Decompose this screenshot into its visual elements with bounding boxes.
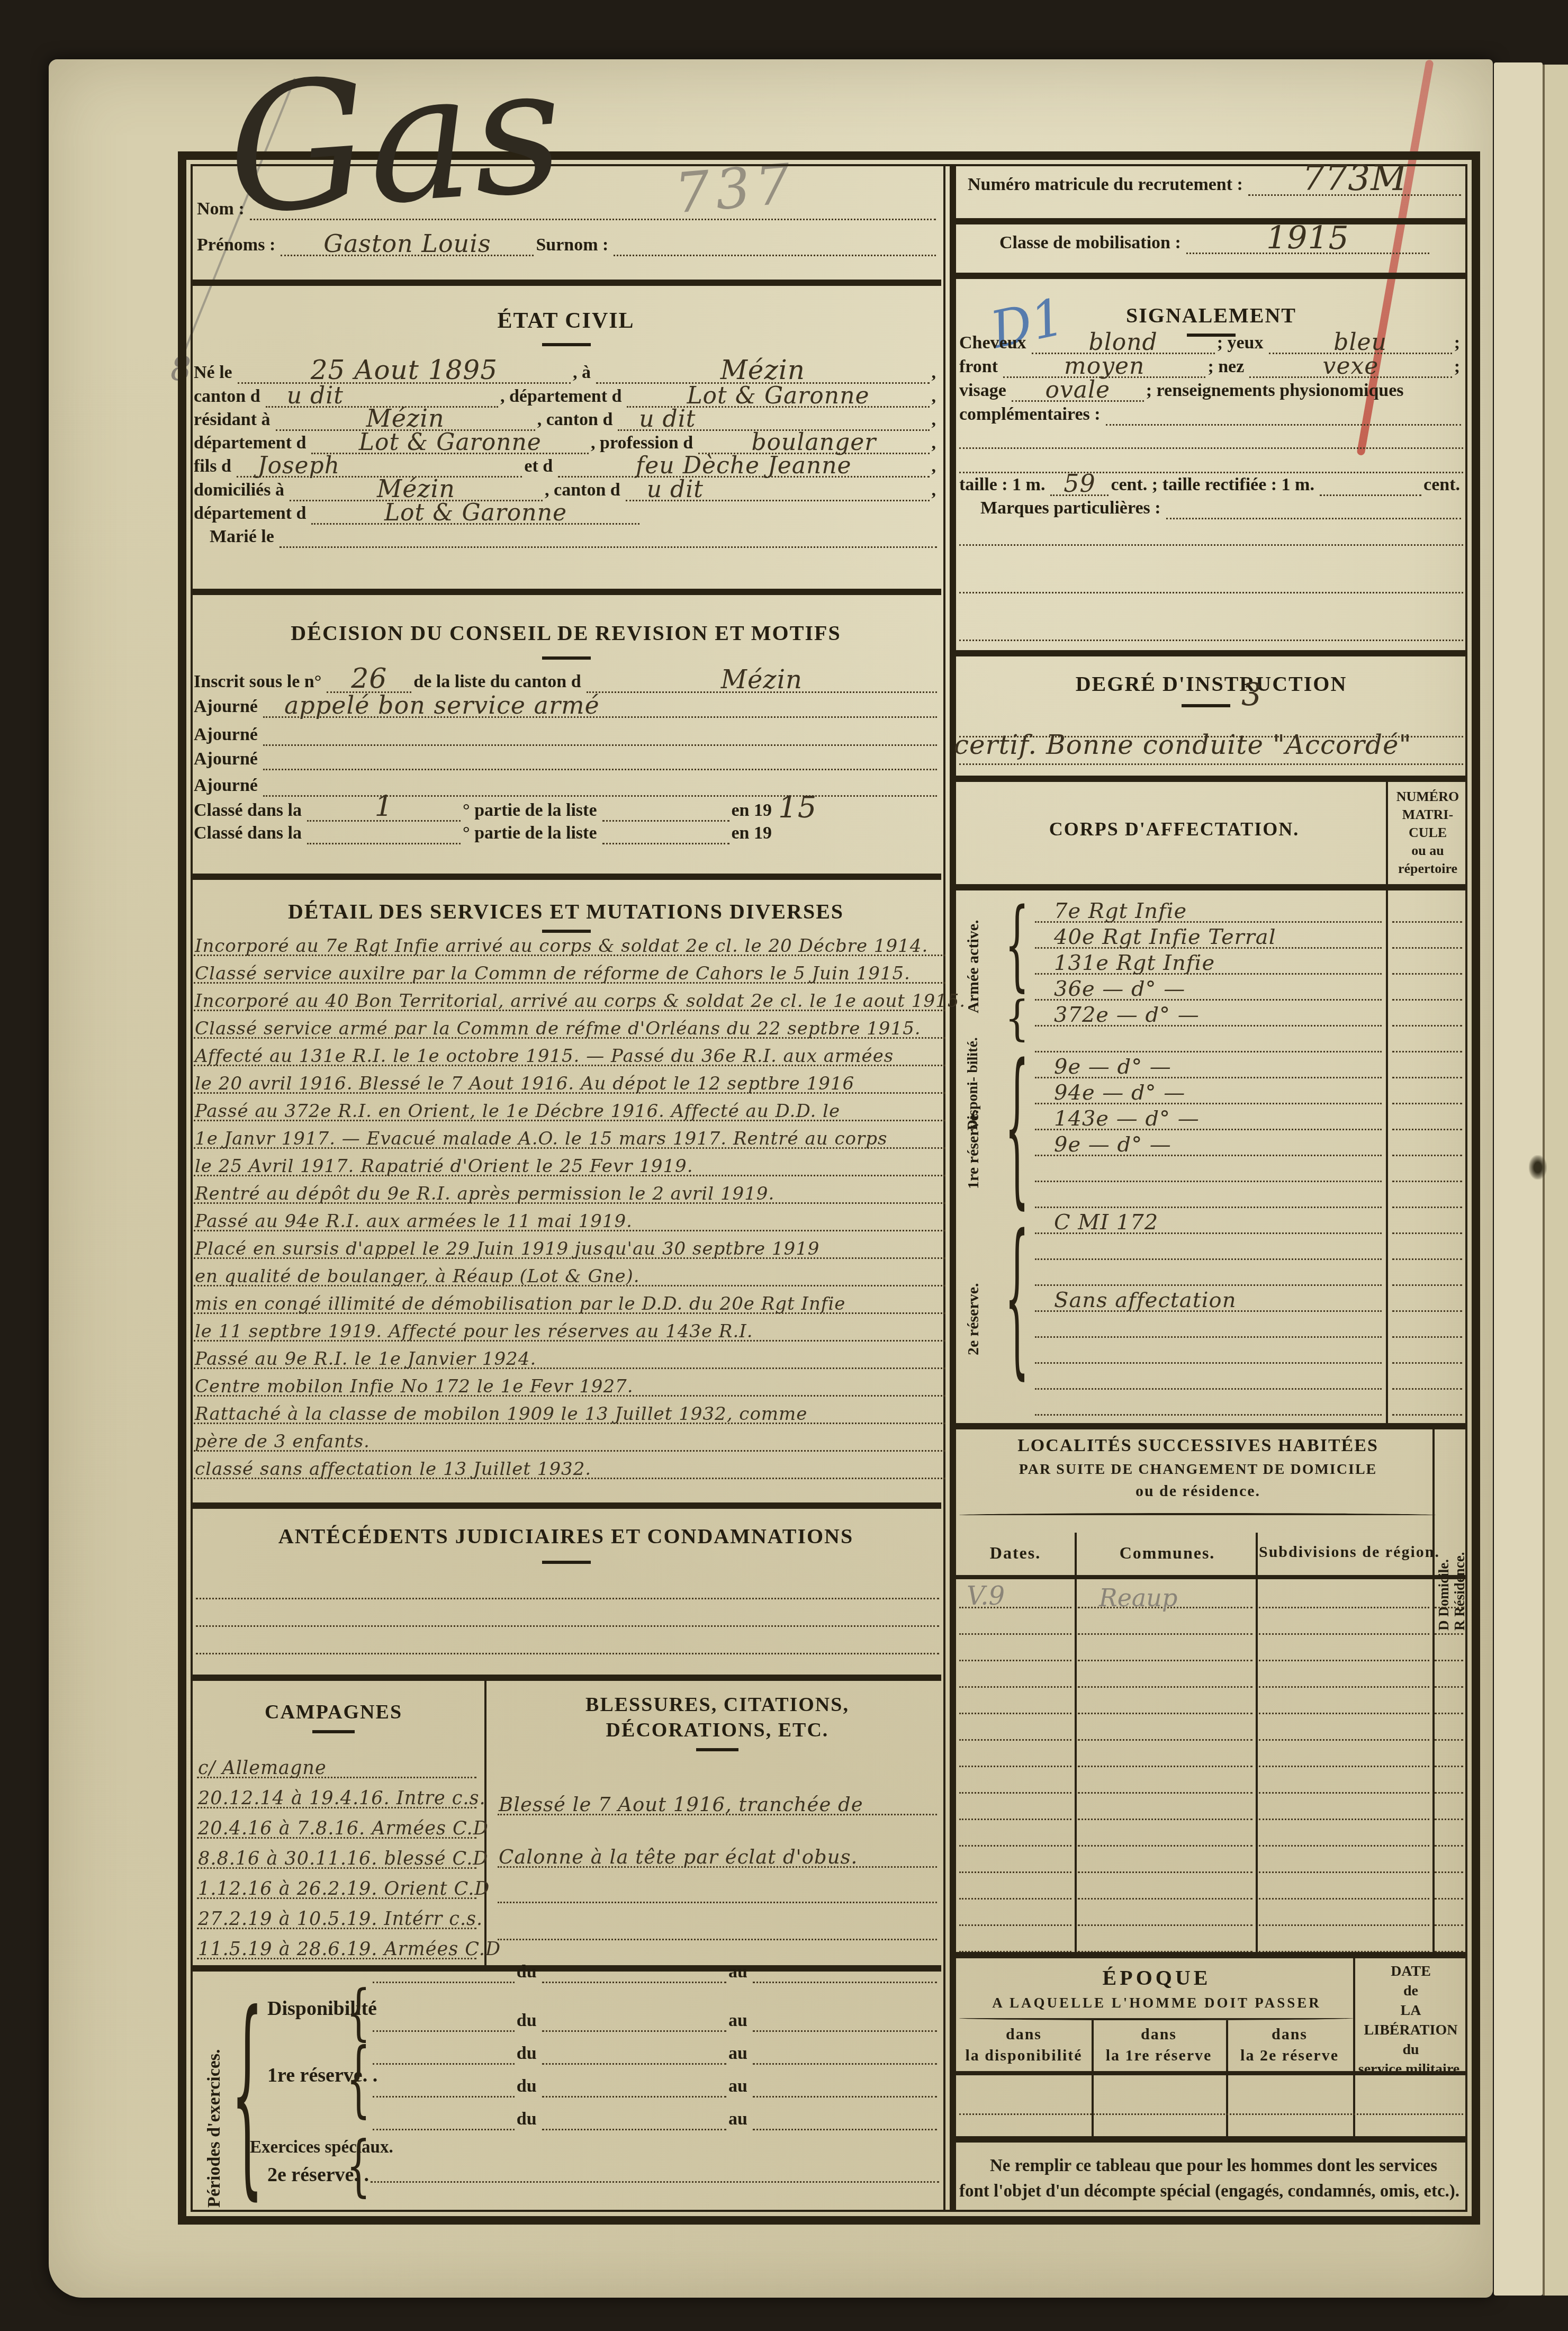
du-label: du xyxy=(517,2044,540,2065)
classe-line: 1915 xyxy=(1186,229,1429,254)
periode-row-2: du au xyxy=(371,2009,939,2032)
signalement-title: SIGNALEMENT xyxy=(1105,303,1317,328)
dept-value: Lot & Garonne xyxy=(687,382,869,409)
ajourne-value: appelé bon service armé xyxy=(284,691,600,719)
taille-suite-label: cent. ; taille rectifiée : 1 m. xyxy=(1111,475,1318,496)
service-line-text: 1e Janvr 1917. — Evacué malade A.O. le 1… xyxy=(195,1128,887,1149)
nom-line xyxy=(250,195,936,220)
cheveux-line: blond xyxy=(1032,329,1215,354)
dept-line: Lot & Garonne xyxy=(627,383,929,408)
service-line: 1e Janvr 1917. — Evacué malade A.O. le 1… xyxy=(194,1121,945,1149)
epoque-subtitle: A LAQUELLE L'HOMME DOIT PASSER xyxy=(971,1995,1342,2011)
periodes-vertical-label: Périodes d'exercices. xyxy=(204,1996,224,2208)
corps-num-line xyxy=(1392,1260,1462,1286)
complementaires-row: complémentaires : xyxy=(959,402,1463,426)
marques-label: Marques particulières : xyxy=(959,498,1164,519)
au-label: au xyxy=(728,2044,751,2065)
canton3-line: u dit xyxy=(626,476,930,501)
epoque-date-header-line: du xyxy=(1355,2040,1466,2059)
localites-dates-value: V.9 xyxy=(967,1581,1005,1611)
localites-cell-subdivisions xyxy=(1259,1820,1429,1847)
line xyxy=(753,2040,937,2065)
corps-num-header-line: MATRI- xyxy=(1390,806,1465,824)
corps-num-line xyxy=(1392,1208,1462,1234)
complementaires-label: complémentaires : xyxy=(959,404,1104,426)
localites-cell-communes xyxy=(1078,1661,1252,1688)
corps-numcol-divider xyxy=(1386,782,1388,1423)
au-label: au xyxy=(728,1962,751,1983)
service-line-text: Passé au 94e R.I. aux armées le 11 mai 1… xyxy=(195,1211,633,1232)
services-title: DÉTAIL DES SERVICES ET MUTATIONS DIVERSE… xyxy=(248,899,884,924)
corps-entry-row xyxy=(1035,1156,1382,1182)
canton3-value: u dit xyxy=(647,476,704,503)
decision-classe-row-2: Classé dans la ° partie de la liste en 1… xyxy=(194,821,939,844)
corps-entry-text: 7e Rgt Infie xyxy=(1054,899,1187,923)
corps-num-lines xyxy=(1392,897,1462,1416)
inscrit-label: Inscrit sous le n° xyxy=(194,672,325,693)
line xyxy=(542,2073,726,2098)
localites-cell-subdivisions xyxy=(1259,1582,1429,1608)
prenoms-row: Prénoms : Gaston Louis Surnom : xyxy=(197,233,938,256)
yeux-label: ; yeux xyxy=(1217,333,1267,354)
localites-row xyxy=(956,1847,1466,1873)
front-value: moyen xyxy=(1064,353,1145,380)
corps-num-line xyxy=(1392,949,1462,975)
campagnes-lines: c/ Allemagne 20.12.14 à 19.4.16. Intre c… xyxy=(197,1748,476,1959)
line xyxy=(542,2007,726,2032)
corps-entry-row: 372e — d° — xyxy=(1035,1001,1382,1027)
localites-row xyxy=(956,1635,1466,1661)
etat-civil-line-4: département d Lot & Garonne , profession… xyxy=(194,431,939,454)
localites-title-2: PAR SUITE DE CHANGEMENT DE DOMICILE xyxy=(986,1461,1410,1478)
visage-row: visage ovale ; renseignements physionomi… xyxy=(959,379,1463,402)
blessures-title-2: DÉCORATIONS, ETC. xyxy=(521,1718,913,1742)
dept3-line: Lot & Garonne xyxy=(311,500,639,525)
service-line: Passé au 372e R.I. en Orient, le 1e Décb… xyxy=(194,1094,945,1121)
epoque-body-line xyxy=(959,2113,1463,2115)
ink-smudge xyxy=(1529,1155,1547,1180)
corps-num-header: NUMÉRO MATRI- CULE ou au répertoire xyxy=(1390,788,1465,878)
localites-cell-subdivisions xyxy=(1259,1635,1429,1661)
campagnes-rule xyxy=(312,1730,355,1733)
localites-cell-dates xyxy=(959,1688,1071,1714)
corps-header: CORPS D'AFFECTATION. xyxy=(1015,818,1333,840)
corps-entry-row xyxy=(1035,1364,1382,1390)
corps-entry-text: 9e — d° — xyxy=(1054,1132,1172,1157)
semicolon: ; xyxy=(1454,357,1463,378)
campagne-line: 8.8.16 à 30.11.16. blessé C.D xyxy=(197,1839,476,1869)
service-line-text: père de 3 enfants. xyxy=(195,1431,370,1452)
campagnes-title: CAMPAGNES xyxy=(222,1700,445,1724)
classe-num-line-2 xyxy=(307,820,461,844)
localites-wavy-rule xyxy=(959,1513,1436,1515)
service-line-text: classé sans affectation le 13 Juillet 19… xyxy=(195,1459,591,1480)
nez-value: vexe xyxy=(1323,353,1379,380)
exercices-label: Exercices spéciaux. xyxy=(250,2138,396,2158)
corps-entries: 7e Rgt Infie 40e Rgt Infie Terral 131e R… xyxy=(1035,897,1382,1416)
localites-cell-dates xyxy=(959,1820,1071,1847)
corps-entry-text: 36e — d° — xyxy=(1054,977,1185,1001)
line xyxy=(753,1958,937,1983)
column-divider-thick xyxy=(950,166,956,2210)
en19-label: en 19 xyxy=(732,823,776,844)
service-line: Affecté au 131e R.I. le 1e octobre 1915.… xyxy=(194,1039,945,1066)
ajourne-line-3 xyxy=(263,745,937,770)
localites-cell-dr xyxy=(1435,1794,1463,1820)
corps-entry-text: Sans affectation xyxy=(1054,1288,1236,1312)
signalement-empty-line-4 xyxy=(959,592,1463,593)
localites-cell-dates xyxy=(959,1900,1071,1926)
localites-cell-dr xyxy=(1435,1714,1463,1741)
classe-label: Classe de mobilisation : xyxy=(999,233,1184,254)
nom-row: Nom : xyxy=(197,197,938,220)
corps-num-line xyxy=(1392,923,1462,949)
decision-ajourne-row-1: Ajourné appelé bon service armé xyxy=(194,695,939,718)
epoque-date-header: DATE de LA LIBÉRATION du service militai… xyxy=(1355,1961,1466,2079)
localites-cell-dates xyxy=(959,1661,1071,1688)
liste-value: Mézin xyxy=(721,665,803,695)
localites-cell-subdivisions xyxy=(1259,1688,1429,1714)
classe-num-line: 1 xyxy=(307,797,461,822)
corps-bottom-bar xyxy=(956,1423,1467,1429)
canton2-label: , canton d xyxy=(537,410,616,431)
blessure-line-text: Blessé le 7 Aout 1916, tranchée de xyxy=(499,1793,863,1816)
etat-civil-line-6: domiciliés à Mézin , canton d u dit , xyxy=(194,478,939,501)
comma: , xyxy=(932,433,940,454)
line xyxy=(753,2105,937,2130)
corps-group-res2-brace: { xyxy=(1005,1214,1029,1383)
localites-col-communes: Communes. xyxy=(1085,1543,1249,1563)
service-line: Rentré au dépôt du 9e R.I. après permiss… xyxy=(194,1176,945,1204)
line xyxy=(373,1958,515,1983)
line xyxy=(542,1958,726,1983)
line xyxy=(542,2105,726,2130)
ne-line: 25 Aout 1895 xyxy=(238,359,571,384)
localites-cell-dr xyxy=(1435,1661,1463,1688)
ajourne-label: Ajourné xyxy=(194,749,261,770)
service-line-text: Passé au 372e R.I. en Orient, le 1e Décb… xyxy=(195,1101,840,1122)
nom-label: Nom : xyxy=(197,199,248,220)
cheveux-label: Cheveux xyxy=(959,333,1030,354)
surnom-label: Surnom : xyxy=(536,235,611,256)
campagne-line-text: 20.4.16 à 7.8.16. Armées C.D xyxy=(198,1818,489,1839)
mere-line: feu Dèche Jeanne xyxy=(558,453,929,478)
ne-value: 25 Aout 1895 xyxy=(311,355,498,385)
corps-num-line xyxy=(1392,1390,1462,1416)
etat-civil-line-2: canton d u dit , département d Lot & Gar… xyxy=(194,384,939,408)
ajourne-line-2 xyxy=(263,721,937,746)
liste-label: de la liste du canton d xyxy=(413,672,584,693)
service-line: en qualité de boulanger, à Réaup (Lot & … xyxy=(194,1259,945,1286)
decision-ajourne-row-3: Ajourné xyxy=(194,747,939,770)
localites-cell-dates xyxy=(959,1794,1071,1820)
visage-label: visage xyxy=(959,381,1010,402)
corps-num-line xyxy=(1392,1078,1462,1104)
ajourne-label: Ajourné xyxy=(194,725,261,746)
corps-num-line xyxy=(1392,1364,1462,1390)
decision-title: DÉCISION DU CONSEIL DE REVISION ET MOTIF… xyxy=(248,620,884,645)
localites-row xyxy=(956,1767,1466,1794)
matricule-row: Numéro matricule du recrutement : 773M xyxy=(968,173,1463,196)
corps-entry-row: 40e Rgt Infie Terral xyxy=(1035,923,1382,949)
corps-entry-row xyxy=(1035,1338,1382,1364)
blessure-line-text: Calonne à la tête par éclat d'obus. xyxy=(499,1846,858,1868)
localites-col-dates: Dates. xyxy=(962,1543,1068,1563)
birthplace-line: Mézin xyxy=(596,359,929,384)
service-line: le 11 septbre 1919. Affecté pour les rés… xyxy=(194,1314,945,1342)
decision-rule xyxy=(542,656,591,660)
instruction-bottom-bar xyxy=(956,776,1467,782)
cheveux-row: Cheveux blond ; yeux bleu ; xyxy=(959,331,1463,354)
ajourne-label: Ajourné xyxy=(194,776,261,797)
marques-line xyxy=(1166,494,1461,519)
partie-label: ° partie de la liste xyxy=(463,823,600,844)
comma: , xyxy=(932,410,940,431)
service-line: Classé service auxilre par la Commn de r… xyxy=(194,956,945,984)
blessures-empty-line-1 xyxy=(498,1902,937,1903)
service-line: Classé service armé par la Commn de réfm… xyxy=(194,1011,945,1039)
epoque-date-header-line: de xyxy=(1355,1981,1466,2001)
service-line-text: Placé en sursis d'appel le 29 Juin 1919 … xyxy=(195,1238,819,1259)
epoque-col3-line2: la 2e réserve xyxy=(1228,2047,1351,2065)
services-bottom-bar xyxy=(193,1502,941,1509)
residant-value: Mézin xyxy=(366,404,445,433)
classe-dans-label: Classé dans la xyxy=(194,800,305,822)
cheveux-value: blond xyxy=(1089,329,1158,356)
nom-box-bottom-bar xyxy=(193,280,941,286)
classe-num: 1 xyxy=(374,790,393,823)
comma: , xyxy=(932,363,940,384)
corps-entry-text: C MI 172 xyxy=(1054,1210,1158,1235)
reserve2-brace: { xyxy=(346,2133,371,2200)
etat-civil-title: ÉTAT CIVIL xyxy=(460,308,672,334)
annee-value: 15 xyxy=(778,790,817,825)
localites-cell-subdivisions xyxy=(1259,1873,1429,1900)
ajourne-line-4 xyxy=(263,772,937,797)
corps-group-armee-label: Armée active. xyxy=(965,907,983,1013)
localites-cell-communes xyxy=(1078,1688,1252,1714)
corps-group-armee-brace: { xyxy=(1005,896,1029,995)
front-label: front xyxy=(959,357,1001,378)
prenoms-label: Prénoms : xyxy=(197,235,278,256)
blessures-empty-line-2 xyxy=(498,1939,937,1940)
prenoms-line: Gaston Louis xyxy=(281,231,534,256)
line xyxy=(753,2007,937,2032)
localites-cell-communes xyxy=(1078,1608,1252,1635)
ne-label: Né le xyxy=(194,363,236,384)
campagne-line-text: c/ Allemagne xyxy=(198,1758,327,1779)
dept2-value: Lot & Garonne xyxy=(359,429,542,456)
en19-label: en 19 xyxy=(732,800,776,822)
du-label: du xyxy=(517,2076,540,2098)
visage-value: ovale xyxy=(1045,376,1110,403)
complementaires-line xyxy=(1106,401,1461,426)
campagne-line: c/ Allemagne xyxy=(197,1748,476,1778)
service-line-text: Incorporé au 40 Bon Territorial, arrivé … xyxy=(195,991,966,1012)
decision-inscrit-row: Inscrit sous le n° 26 de la liste du can… xyxy=(194,670,939,693)
service-line: le 25 Avril 1917. Rapatrié d'Orient le 2… xyxy=(194,1149,945,1176)
canton2-line: u dit xyxy=(618,406,929,431)
du-label: du xyxy=(517,1962,540,1983)
corps-entry-row xyxy=(1035,1182,1382,1208)
localites-cell-dates xyxy=(959,1608,1071,1635)
campagne-line: 27.2.19 à 10.5.19. Intérr c.s. xyxy=(197,1899,476,1929)
signalement-bottom-bar xyxy=(956,650,1467,656)
service-line-text: le 11 septbre 1919. Affecté pour les rés… xyxy=(195,1321,753,1342)
dept2-line: Lot & Garonne xyxy=(311,429,589,454)
corps-num-header-line: répertoire xyxy=(1390,860,1465,878)
epoque-col3-line1: dans xyxy=(1228,2026,1351,2044)
localites-cell-dr xyxy=(1435,1608,1463,1635)
campagne-line-text: 1.12.16 à 26.2.19. Orient C.D xyxy=(198,1878,490,1900)
localites-cell-dates xyxy=(959,1635,1071,1661)
localites-cell-communes: Reaup xyxy=(1078,1582,1252,1608)
service-line-text: en qualité de boulanger, à Réaup (Lot & … xyxy=(195,1266,640,1287)
corps-entry-row: 7e Rgt Infie xyxy=(1035,897,1382,923)
periode-row-1: du au xyxy=(371,1960,939,1983)
canton2-value: u dit xyxy=(639,406,696,433)
localites-communes-value: Reaup xyxy=(1099,1583,1177,1612)
corps-num-header-line: NUMÉRO xyxy=(1390,788,1465,806)
taille-row: taille : 1 m. 59 cent. ; taille rectifié… xyxy=(959,473,1463,496)
localites-row xyxy=(956,1873,1466,1900)
classe-bar xyxy=(956,273,1467,279)
instruction-line-2 xyxy=(959,763,1463,765)
line xyxy=(753,2073,937,2098)
corps-entry-row xyxy=(1035,1234,1382,1260)
corps-entry-row: 9e — d° — xyxy=(1035,1130,1382,1156)
prenoms-value: Gaston Louis xyxy=(323,229,491,258)
blessures-rule xyxy=(696,1748,738,1751)
taille-label: taille : 1 m. xyxy=(959,475,1048,496)
service-line-text: Incorporé au 7e Rgt Infie arrivé au corp… xyxy=(195,935,928,957)
blessures-title-1: BLESSURES, CITATIONS, xyxy=(521,1693,913,1716)
campagne-line-text: 11.5.19 à 28.6.19. Armées C.D xyxy=(198,1939,501,1960)
service-line-text: Passé au 9e R.I. le 1e Janvier 1924. xyxy=(195,1348,536,1370)
localites-cell-dr xyxy=(1435,1900,1463,1926)
matricule-value: 773M xyxy=(1302,158,1407,199)
blessure-line: Calonne à la tête par éclat d'obus. xyxy=(498,1815,937,1868)
birthplace-value: Mézin xyxy=(720,355,805,385)
liste-line: Mézin xyxy=(587,668,937,693)
localites-cell-subdivisions xyxy=(1259,1767,1429,1794)
taille-rect-line xyxy=(1320,471,1421,496)
localites-row: V.9 Reaup xyxy=(956,1582,1466,1608)
a-label: , à xyxy=(573,363,594,384)
partie-label: ° partie de la liste xyxy=(463,800,600,822)
decision-ajourne-row-2: Ajourné xyxy=(194,723,939,746)
localites-header-bar xyxy=(956,1575,1467,1579)
service-line: Incorporé au 40 Bon Territorial, arrivé … xyxy=(194,984,945,1011)
etat-civil-line-3: résidant à Mézin , canton d u dit , xyxy=(194,408,939,431)
renseignements-label: ; renseignements physionomiques xyxy=(1146,381,1407,402)
service-line: Placé en sursis d'appel le 29 Juin 1919 … xyxy=(194,1231,945,1259)
localites-cell-communes xyxy=(1078,1714,1252,1741)
residant-line: Mézin xyxy=(276,406,535,431)
localites-cell-dates xyxy=(959,1767,1071,1794)
campagne-line-text: 27.2.19 à 10.5.19. Intérr c.s. xyxy=(198,1909,483,1930)
signalement-empty-line-5 xyxy=(959,640,1463,641)
blessure-line: Blessé le 7 Aout 1916, tranchée de xyxy=(498,1763,937,1815)
localites-rows: V.9 Reaup xyxy=(956,1582,1466,1952)
residant-label: résidant à xyxy=(194,410,274,431)
localites-cell-communes xyxy=(1078,1767,1252,1794)
au-label: au xyxy=(728,2076,751,2098)
nez-line: vexe xyxy=(1249,353,1452,378)
semicolon: ; xyxy=(1454,333,1463,354)
localites-row xyxy=(956,1714,1466,1741)
service-line: Passé au 94e R.I. aux armées le 11 mai 1… xyxy=(194,1204,945,1231)
corps-entry-row: Sans affectation xyxy=(1035,1286,1382,1312)
corps-num-line xyxy=(1392,897,1462,923)
localites-cell-communes xyxy=(1078,1847,1252,1873)
antecedents-title: ANTÉCÉDENTS JUDICIAIRES ET CONDAMNATIONS xyxy=(248,1524,884,1549)
localites-cell-dr xyxy=(1435,1688,1463,1714)
corps-entry-row: 143e — d° — xyxy=(1035,1104,1382,1130)
localites-cell-communes xyxy=(1078,1900,1252,1926)
inscrit-num: 26 xyxy=(351,663,387,695)
localites-row xyxy=(956,1900,1466,1926)
dept-label: , département d xyxy=(500,386,625,408)
comma: , xyxy=(932,386,940,408)
profession-line: boulanger xyxy=(698,429,929,454)
service-line: Passé au 9e R.I. le 1e Janvier 1924. xyxy=(194,1342,945,1369)
signalement-empty-line-3 xyxy=(959,544,1463,546)
service-line-text: Classé service armé par la Commn de réfm… xyxy=(195,1018,921,1039)
corps-num-line xyxy=(1392,1234,1462,1260)
localites-cell-dr xyxy=(1435,1635,1463,1661)
yeux-value: bleu xyxy=(1333,329,1387,356)
au-label: au xyxy=(728,2109,751,2130)
antecedents-rule xyxy=(542,1561,591,1564)
service-line: Incorporé au 7e Rgt Infie arrivé au corp… xyxy=(194,929,945,956)
corps-entry-text: 40e Rgt Infie Terral xyxy=(1054,925,1276,949)
blessures-lines: Blessé le 7 Aout 1916, tranchée de Calon… xyxy=(498,1763,937,1868)
comma: , xyxy=(932,456,940,478)
classe-row: Classe de mobilisation : 1915 xyxy=(999,231,1431,254)
epoque-note: Ne remplir ce tableau que pour les homme… xyxy=(959,2154,1463,2204)
line xyxy=(542,2040,726,2065)
services-lines: Incorporé au 7e Rgt Infie arrivé au corp… xyxy=(194,929,945,1479)
corps-entry-text: 143e — d° — xyxy=(1054,1106,1200,1131)
service-line: le 20 avril 1916. Blessé le 7 Aout 1916.… xyxy=(194,1066,945,1094)
epoque-col2-line2: la 1re réserve xyxy=(1094,2047,1224,2065)
periode-row-3: du au xyxy=(371,2041,939,2065)
localites-bottom-bar xyxy=(956,1952,1467,1958)
visage-line: ovale xyxy=(1012,377,1144,402)
antecedents-line-2 xyxy=(196,1625,939,1627)
corps-group-res1-label: 1re réserve. xyxy=(965,1067,983,1189)
matricule-bar xyxy=(956,218,1467,224)
corps-group-res1-brace: { xyxy=(1005,1044,1029,1212)
service-line: Centre mobilon Infie No 172 le 1e Fevr 1… xyxy=(194,1369,945,1397)
periode-row-4: du au xyxy=(371,2074,939,2098)
localites-cell-dates: V.9 xyxy=(959,1582,1071,1608)
localites-cell-subdivisions xyxy=(1259,1900,1429,1926)
etat-civil-bottom-bar xyxy=(193,589,941,595)
campagne-line-text: 8.8.16 à 30.11.16. blessé C.D xyxy=(198,1848,488,1869)
localites-row xyxy=(956,1608,1466,1635)
service-line-text: Affecté au 131e R.I. le 1e octobre 1915.… xyxy=(195,1046,894,1067)
corps-entry-text: 94e — d° — xyxy=(1054,1081,1185,1105)
campagne-line: 20.4.16 à 7.8.16. Armées C.D xyxy=(197,1808,476,1839)
localites-cell-subdivisions xyxy=(1259,1926,1429,1952)
du-label: du xyxy=(517,2011,540,2032)
fils-label: fils d xyxy=(194,456,235,478)
service-line: Rattaché à la classe de mobilon 1909 le … xyxy=(194,1397,945,1424)
etat-civil-line-8: Marié le xyxy=(194,525,939,548)
taille-line: 59 xyxy=(1050,471,1109,496)
